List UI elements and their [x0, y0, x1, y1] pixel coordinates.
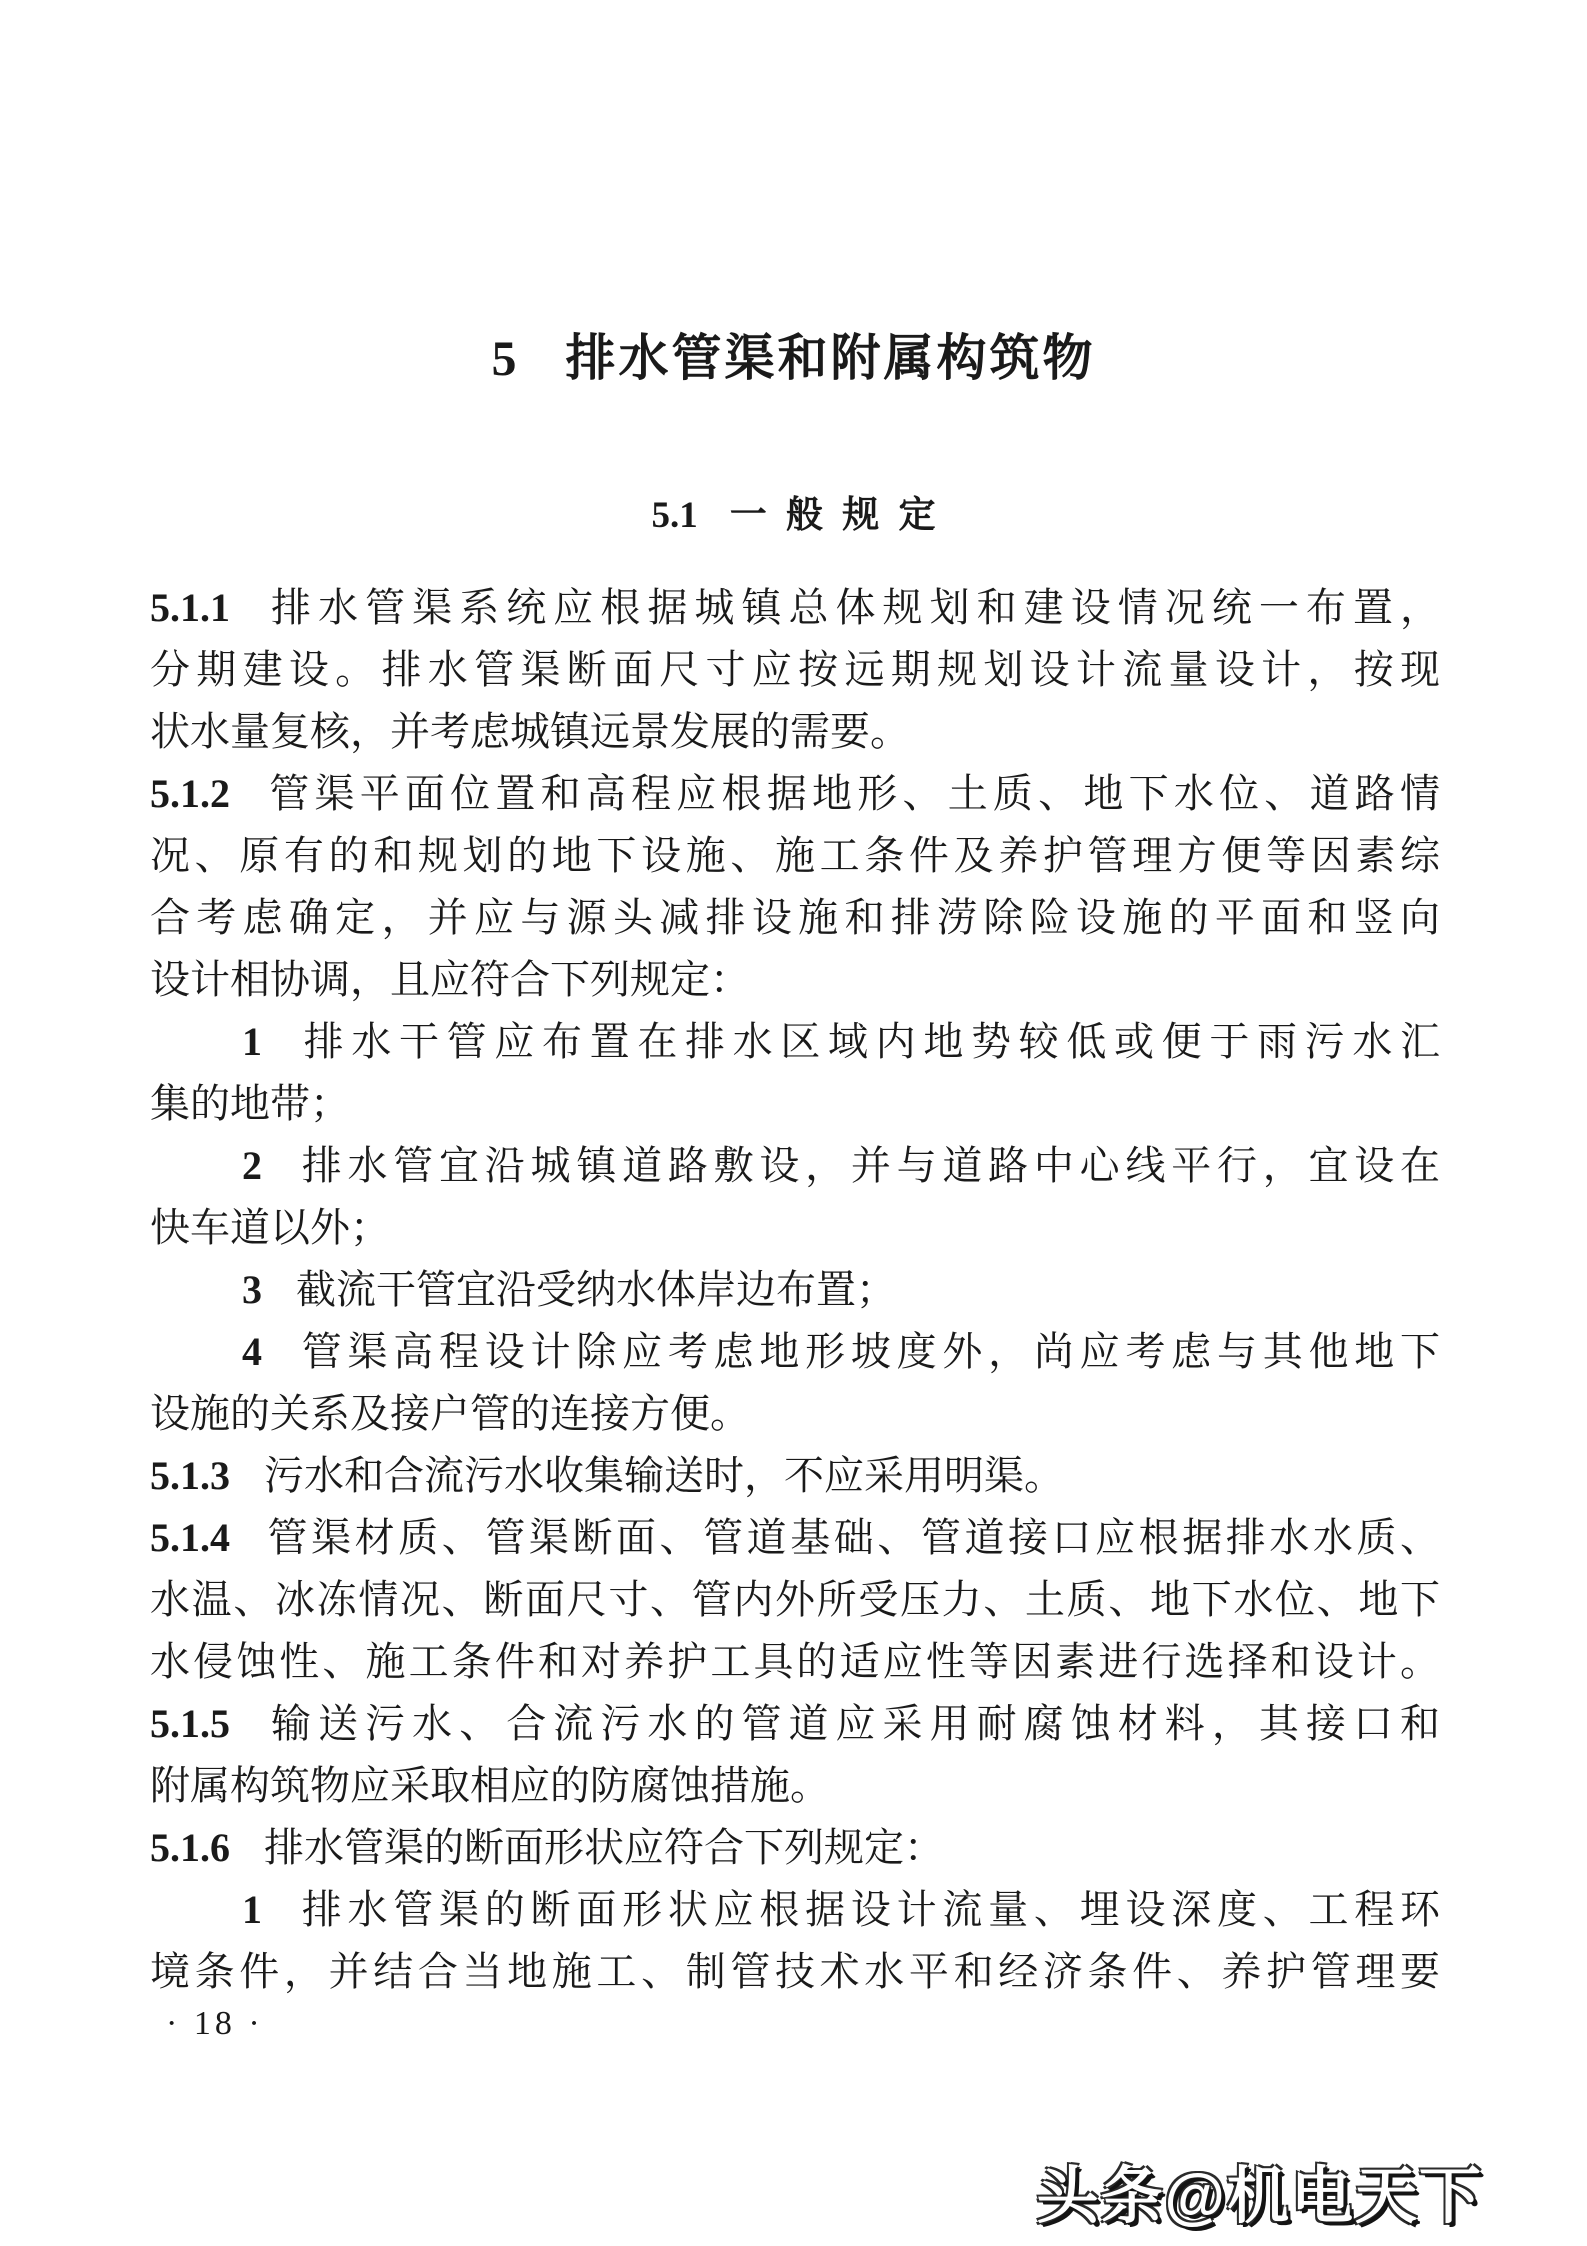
body-line: 5.1.1排水管渠系统应根据城镇总体规划和建设情况统一布置， — [150, 577, 1440, 639]
body-line: 5.1.5输送污水、合流污水的管道应采用耐腐蚀材料，其接口和 — [150, 1693, 1440, 1755]
clause-text: 水侵蚀性、施工条件和对养护工具的适应性等因素进行选择和设计。 — [150, 1639, 1440, 1684]
clause-text: 排水管渠的断面形状应根据设计流量、埋设深度、工程环 — [296, 1887, 1440, 1932]
clause-text: 输送污水、合流污水的管道应采用耐腐蚀材料，其接口和 — [264, 1701, 1440, 1746]
body-line: 快车道以外； — [150, 1197, 1440, 1259]
body-line: 设施的关系及接户管的连接方便。 — [150, 1383, 1440, 1445]
body-line: 5.1.2管渠平面位置和高程应根据地形、土质、地下水位、道路情 — [150, 763, 1440, 825]
body-line: 1排水管渠的断面形状应根据设计流量、埋设深度、工程环 — [150, 1879, 1440, 1941]
chapter-title: 5排水管渠和附属构筑物 — [0, 318, 1587, 390]
clause-number: 3 — [242, 1267, 262, 1312]
clause-text: 合考虑确定，并应与源头减排设施和排涝除险设施的平面和竖向 — [150, 895, 1440, 940]
body-line: 集的地带； — [150, 1073, 1440, 1135]
body-line: 3截流干管宜沿受纳水体岸边布置； — [150, 1259, 1440, 1321]
document-page: 5排水管渠和附属构筑物 5.1一 般 规 定 5.1.1排水管渠系统应根据城镇总… — [0, 0, 1587, 2246]
clause-text: 排水管渠的断面形状应符合下列规定： — [264, 1825, 944, 1870]
clause-text: 设施的关系及接户管的连接方便。 — [150, 1391, 750, 1436]
clause-text: 附属构筑物应采取相应的防腐蚀措施。 — [150, 1763, 830, 1808]
chapter-number: 5 — [492, 330, 520, 386]
body-line: 况、原有的和规划的地下设施、施工条件及养护管理方便等因素综 — [150, 825, 1440, 887]
clause-text: 排水管宜沿城镇道路敷设，并与道路中心线平行，宜设在 — [296, 1143, 1440, 1188]
body-text: 5.1.1排水管渠系统应根据城镇总体规划和建设情况统一布置，分期建设。排水管渠断… — [150, 577, 1440, 2003]
body-line: 1排水干管应布置在排水区域内地势较低或便于雨污水汇 — [150, 1011, 1440, 1073]
body-line: 水温、冰冻情况、断面尺寸、管内外所受压力、土质、地下水位、地下 — [150, 1569, 1440, 1631]
body-line: 合考虑确定，并应与源头减排设施和排涝除险设施的平面和竖向 — [150, 887, 1440, 949]
page-number: · 18 · — [166, 2005, 264, 2043]
clause-text: 污水和合流污水收集输送时，不应采用明渠。 — [264, 1453, 1064, 1498]
clause-text: 截流干管宜沿受纳水体岸边布置； — [296, 1267, 896, 1312]
clause-number: 5.1.1 — [150, 585, 230, 630]
body-line: 2排水管宜沿城镇道路敷设，并与道路中心线平行，宜设在 — [150, 1135, 1440, 1197]
body-line: 附属构筑物应采取相应的防腐蚀措施。 — [150, 1755, 1440, 1817]
section-name: 一 般 规 定 — [730, 495, 936, 536]
clause-number: 5.1.6 — [150, 1825, 230, 1870]
watermark: 头条@机电天下 — [1037, 2146, 1483, 2235]
clause-number: 5.1.2 — [150, 771, 230, 816]
body-line: 境条件，并结合当地施工、制管技术水平和经济条件、养护管理要 — [150, 1941, 1440, 2003]
clause-text: 快车道以外； — [150, 1205, 390, 1250]
clause-text: 排水干管应布置在排水区域内地势较低或便于雨污水汇 — [296, 1019, 1440, 1064]
clause-number: 5.1.4 — [150, 1515, 230, 1560]
clause-text: 管渠材质、管渠断面、管道基础、管道接口应根据排水水质、 — [264, 1515, 1440, 1560]
clause-text: 状水量复核，并考虑城镇远景发展的需要。 — [150, 709, 910, 754]
body-line: 水侵蚀性、施工条件和对养护工具的适应性等因素进行选择和设计。 — [150, 1631, 1440, 1693]
clause-text: 水温、冰冻情况、断面尺寸、管内外所受压力、土质、地下水位、地下 — [150, 1577, 1440, 1622]
clause-number: 5.1.5 — [150, 1701, 230, 1746]
clause-number: 1 — [242, 1887, 262, 1932]
body-line: 5.1.6排水管渠的断面形状应符合下列规定： — [150, 1817, 1440, 1879]
clause-text: 分期建设。排水管渠断面尺寸应按远期规划设计流量设计，按现 — [150, 647, 1440, 692]
clause-text: 境条件，并结合当地施工、制管技术水平和经济条件、养护管理要 — [150, 1949, 1440, 1994]
clause-text: 管渠高程设计除应考虑地形坡度外，尚应考虑与其他地下 — [296, 1329, 1440, 1374]
body-line: 5.1.4管渠材质、管渠断面、管道基础、管道接口应根据排水水质、 — [150, 1507, 1440, 1569]
body-line: 5.1.3污水和合流污水收集输送时，不应采用明渠。 — [150, 1445, 1440, 1507]
body-line: 状水量复核，并考虑城镇远景发展的需要。 — [150, 701, 1440, 763]
section-title: 5.1一 般 规 定 — [0, 484, 1587, 538]
clause-number: 2 — [242, 1143, 262, 1188]
chapter-name: 排水管渠和附属构筑物 — [566, 330, 1096, 386]
body-line: 设计相协调，且应符合下列规定： — [150, 949, 1440, 1011]
body-line: 分期建设。排水管渠断面尺寸应按远期规划设计流量设计，按现 — [150, 639, 1440, 701]
clause-text: 况、原有的和规划的地下设施、施工条件及养护管理方便等因素综 — [150, 833, 1440, 878]
clause-text: 排水管渠系统应根据城镇总体规划和建设情况统一布置， — [264, 585, 1440, 630]
clause-text: 设计相协调，且应符合下列规定： — [150, 957, 750, 1002]
clause-text: 集的地带； — [150, 1081, 350, 1126]
section-number: 5.1 — [652, 495, 698, 536]
clause-number: 4 — [242, 1329, 262, 1374]
clause-number: 5.1.3 — [150, 1453, 230, 1498]
body-line: 4管渠高程设计除应考虑地形坡度外，尚应考虑与其他地下 — [150, 1321, 1440, 1383]
clause-text: 管渠平面位置和高程应根据地形、土质、地下水位、道路情 — [264, 771, 1440, 816]
clause-number: 1 — [242, 1019, 262, 1064]
